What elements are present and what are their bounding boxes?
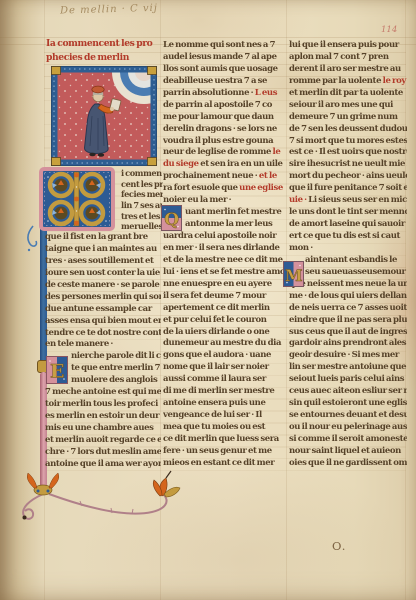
illuminated-initial-m: M bbox=[283, 261, 304, 287]
initial-letter: Q bbox=[164, 210, 179, 230]
text-line: fere · un seus genur et me bbox=[163, 446, 285, 458]
text-line: demeure 7 un grime num bbox=[289, 112, 407, 124]
text-line: voudra il plus estre gouna bbox=[163, 136, 285, 148]
text-line: romme par la uolente le roy bbox=[289, 76, 407, 88]
text-line: cent les pro bbox=[121, 179, 163, 190]
text-line: lui · iens et se fet mestre amo bbox=[163, 267, 285, 279]
illuminated-initial-c: C bbox=[39, 167, 115, 231]
initial-letter: M bbox=[285, 266, 302, 285]
text-line: de neis uerra ce 7 asses uoit bbox=[289, 303, 407, 315]
text-line: prochainement neue · et le bbox=[163, 171, 285, 183]
text-line: tres et les bbox=[121, 211, 163, 222]
text-line: di me di merlin ser mestre bbox=[163, 386, 285, 398]
text-line: de 7 sen les deussent dudou bbox=[289, 124, 407, 136]
text-line: et de la mestre nee ce dit me bbox=[163, 255, 285, 267]
text-line: meruelles bbox=[121, 221, 163, 232]
text-line: apertement ce dit merlin bbox=[163, 303, 285, 315]
text-line: eindre que il ne pas sera plus bbox=[289, 315, 407, 327]
text-line: i commen bbox=[121, 168, 163, 179]
text-line: en mer · il sera nes dirlande bbox=[163, 243, 285, 255]
text-line: ceus auec aiteon esliur ser ra bbox=[289, 386, 407, 398]
middle-lines: Le nomme qui sont nes a 7audel iesus man… bbox=[163, 40, 285, 470]
text-line: derent il aro ser mestre au bbox=[289, 64, 407, 76]
text-line: chre · 7 lors dut meslin ameche bbox=[45, 447, 161, 459]
text-line: Le nomme qui sont nes a 7 bbox=[163, 40, 285, 52]
text-line: ce dit merlin que luess sera bbox=[163, 434, 285, 446]
text-line: uardra celui apostoile noir bbox=[163, 231, 285, 243]
text-line: tres · ases soutillement et bbox=[45, 256, 161, 268]
text-line: sus ceus que il aut de ingres bbox=[289, 327, 407, 339]
text-line: ert ce que tu dis est si caut bbox=[289, 231, 407, 243]
text-line: tendre ce te dot nostre conte bbox=[45, 328, 161, 340]
text-line: et pur celui fet le couron bbox=[163, 315, 285, 327]
text-line: nne enuespre en eu ayere bbox=[163, 279, 285, 291]
text-line: aplon mal 7 cont 7 pren bbox=[289, 52, 407, 64]
text-line: lin ser mestre antoiune que bbox=[289, 362, 407, 374]
manuscript-page: De mellin · C vij 114 O. Ia commencent l… bbox=[0, 0, 416, 600]
text-line: mort du pecheor · ains ueule bbox=[289, 171, 407, 183]
text-line: des persones merlin qui sor bbox=[45, 292, 161, 304]
text-line: dunemeur au mestre du dia bbox=[163, 338, 285, 350]
text-line: mieos en estant ce dit mer bbox=[163, 458, 285, 470]
header-annotation: De mellin · C vij bbox=[60, 0, 240, 16]
text-line: me · de lous qui uiers dellan bbox=[289, 291, 407, 303]
text-line: deabilleuse uestra 7 a se bbox=[163, 76, 285, 88]
text-line: neur de leglise de romme le bbox=[163, 147, 285, 159]
text-line: derelin dragons · se lors ne bbox=[163, 124, 285, 136]
text-line: fecies mer bbox=[121, 189, 163, 200]
text-line: que il fist en la grant bre bbox=[45, 232, 161, 244]
illuminated-initial-q: Q bbox=[161, 205, 182, 231]
folio-number: 114 bbox=[381, 25, 397, 35]
text-line: de amort laseine qui sauoir bbox=[289, 219, 407, 231]
text-line: due antune essample car bbox=[45, 304, 161, 316]
text-line: antoine ensera puis une bbox=[163, 398, 285, 410]
text-line: geoir desuire · Si mes mer bbox=[289, 350, 407, 362]
text-line: de ceste manere · se parole bbox=[45, 280, 161, 292]
text-line: gardoir ains prendront ales bbox=[289, 338, 407, 350]
text-line: es merlin en estoir un deur bbox=[45, 411, 161, 423]
text-line: le uns dont le tint ser mennon bbox=[289, 207, 407, 219]
text-line: seiour il aro mes une qui bbox=[289, 100, 407, 112]
text-line: seu saueuasseusemour bbox=[289, 267, 407, 279]
text-line: en tele manere · bbox=[45, 339, 161, 351]
miniature bbox=[51, 66, 157, 166]
text-line: vengeance de lui ser · Il bbox=[163, 410, 285, 422]
text-line: phecies de merlin bbox=[46, 51, 166, 65]
red-cap bbox=[92, 86, 104, 93]
text-line: et merlin dit par ta uolente bbox=[289, 88, 407, 100]
text-line: du siege et sen ira en un uile bbox=[163, 159, 285, 171]
text-line: uie · Li sieus seus ser en mice bbox=[289, 195, 407, 207]
text-line: 7 meche antoine est qui me bbox=[45, 387, 161, 399]
text-line: taigne que i an maintes au bbox=[45, 244, 161, 256]
text-line: oies que il ne gardissent oman bbox=[289, 458, 407, 470]
text-line: llos sont aumis que uosage bbox=[163, 64, 285, 76]
text-line: et merlin auoit regarde ce es bbox=[45, 435, 161, 447]
text-line: aussi comme il laura ser bbox=[163, 374, 285, 386]
text-line: mon · bbox=[289, 243, 407, 255]
text-line: aintenant esbandis le bbox=[289, 255, 407, 267]
initial-letter: E bbox=[50, 361, 64, 383]
text-line: seiout lueis paris celui ains bbox=[289, 374, 407, 386]
text-line: antoine que il ama wer ayons bbox=[45, 459, 161, 471]
text-line: sin quil estoieront une eglise bbox=[289, 398, 407, 410]
text-line: Ia commencent les pro bbox=[46, 37, 166, 51]
text-line: se entournes deuant et desus bbox=[289, 410, 407, 422]
right-lines: lui que il ensera puis pouraplon mal 7 c… bbox=[289, 40, 407, 470]
text-line: parrin absolutionne · L eus bbox=[163, 88, 285, 100]
text-line: 7 si mort que tu mores estes bbox=[289, 136, 407, 148]
text-line: il sera fet deume 7 mour bbox=[163, 291, 285, 303]
text-line: gons que el audora · uane bbox=[163, 350, 285, 362]
text-column-middle: Le nomme qui sont nes a 7audel iesus man… bbox=[163, 40, 285, 470]
text-line: que il fure penitance 7 soit en bbox=[289, 183, 407, 195]
left-body-lines: que il fist en la grant bretaigne que i … bbox=[45, 232, 161, 471]
text-line: de parrin al apostoile 7 co bbox=[163, 100, 285, 112]
narrow-lines: i commencent les profecies merlin 7 ses … bbox=[121, 168, 163, 232]
text-line: si comme il seroit amonestez bbox=[289, 434, 407, 446]
text-line: mea que tu moies ou est bbox=[163, 422, 285, 434]
quire-mark: O. bbox=[332, 539, 346, 553]
text-column-right: lui que il ensera puis pouraplon mal 7 c… bbox=[289, 40, 407, 470]
illuminated-initial-e: E bbox=[46, 356, 68, 384]
rubric: Ia commencent les prophecies de merlin bbox=[46, 37, 166, 64]
text-line: me pour lamour que daun bbox=[163, 112, 285, 124]
text-line: que neissent mes neue la un bbox=[289, 279, 407, 291]
text-line: nome que il lair ser noier bbox=[163, 362, 285, 374]
text-line: de la uiers dirlande o one bbox=[163, 327, 285, 339]
text-line: nour saint liquel et auieon bbox=[289, 446, 407, 458]
text-line: ou il nour eu pelerinage aus bbox=[289, 422, 407, 434]
text-line: ra fort esuole que une eglise bbox=[163, 183, 285, 195]
text-line: ioure sen uost conter la uie bbox=[45, 268, 161, 280]
text-line: sire ihesucrist ne ueult mie la bbox=[289, 159, 407, 171]
text-line: mis eu une chambre aues bbox=[45, 423, 161, 435]
text-line: audel iesus mande 7 al ape bbox=[163, 52, 285, 64]
text-line: asses ensa qui bien mout en bbox=[45, 316, 161, 328]
text-line: est ce · Il est uoirs que nostre bbox=[289, 147, 407, 159]
text-line: toir merlin tous les profeci bbox=[45, 399, 161, 411]
text-line: lin 7 ses au bbox=[121, 200, 163, 211]
text-line: lui que il ensera puis pour bbox=[289, 40, 407, 52]
